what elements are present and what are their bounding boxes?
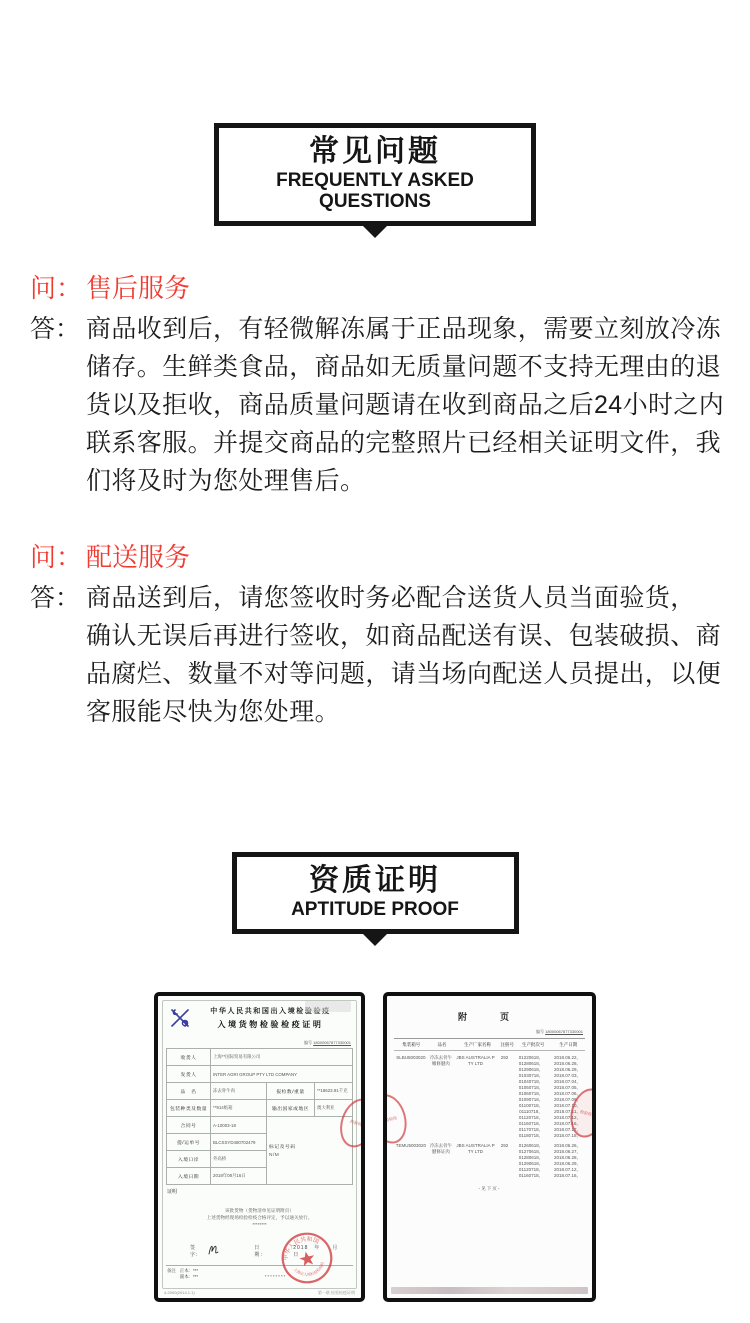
faq-title-box: 常见问题 FREQUENTLY ASKED QUESTIONS [214,123,536,226]
field-label: 包装种类及数量 [167,1100,211,1117]
certificate-inspection: 中华人民共和国出入境检验检疫 入境货物检验检疫证明 编号 18000067877… [154,992,365,1302]
field-label: 合同号 [167,1117,211,1134]
question-text: 配送服务 [86,540,190,574]
faq-section: 问： 售后服务 答： 商品收到后，有轻微解冻属于正品现象，需要立刻放冷冻 储存。… [30,271,724,731]
answer-line: 货以及拒收，商品质量问题请在收到商品之后24小时之内 [86,386,724,424]
answer-line: 品腐烂、数量不对等问题，请当场向配送人员提出，以便 [86,655,724,693]
serial-label: 编号 [304,1040,312,1045]
field-value: **914纸箱 [211,1100,267,1117]
date-label: 日期： [254,1244,271,1258]
serial-label: 编号 [536,1029,544,1034]
batch-date-rows: 01260618、2018.06.26、01270618、2018.06.27、… [512,1143,585,1179]
ciq-logo-icon [166,1006,198,1035]
answer-block: 答： 商品收到后，有轻微解冻属于正品现象，需要立刻放冷冻 储存。生鲜类食品，商品… [30,310,724,500]
footer-form-number: 4-2000(2014.1.1) [164,1290,195,1296]
answer-line: 储存。生鲜类食品，商品如无质量问题不支持无理由的退 [86,348,724,386]
attached-table-header: 集装箱号 品名 生产厂家名称 注册号 生产批次号 生产日期 [394,1042,585,1051]
answer-line: 商品送到后，请您签收时务必配合送货人员当面验货， [86,579,724,617]
faq-item-aftersale: 问： 售后服务 答： 商品收到后，有轻微解冻属于正品现象，需要立刻放冷冻 储存。… [30,271,724,500]
field-label: 标记及号码 [269,1143,296,1150]
container-group: SLBU5003020 冷冻去骨牛 嫩修腱肉 JBS AUSTRALIA P T… [394,1055,585,1139]
certificate-footer: 4-2000(2014.1.1) 第一联 检验检疫证明 [164,1290,355,1296]
scan-edge-strip [391,1287,588,1294]
producer-line: TY LTD [454,1061,497,1067]
field-value: 上海**国际贸易有限公司 [211,1049,353,1066]
batch-row: 01160718、2018.07.16、 [512,1173,585,1179]
faq-title-cn: 常见问题 [229,135,521,169]
answer-line: 客服能尽快为您处理。 [86,693,724,731]
attached-page-title: 附 页 [394,1010,585,1023]
aptitude-title-cn: 资质证明 [247,864,504,898]
edge-seal-text: 检验检疫 [580,1109,596,1118]
statement-lines: 该批货物（货物清单见证明附页） 上述货物经现场检验检疫合格评定，予以通关放行。 … [166,1185,353,1228]
answer-line: 商品收到后，有轻微解冻属于正品现象，需要立刻放冷冻 [86,310,724,348]
product-name: 冷冻去骨牛 腱修证肉 [428,1143,454,1179]
statement-label: 证明 [167,1188,177,1195]
official-round-seal: 中华人民共和国 上海出入境检验检疫局 [274,1225,340,1291]
answer-line: 们将及时为您处理售后。 [86,462,724,500]
field-value: N/M [269,1153,279,1158]
faq-item-delivery: 问： 配送服务 答： 商品送到后，请您签收时务必配合送货人员当面验货， 确认无误… [30,540,724,731]
field-value: 外高桥 [211,1151,267,1168]
batch-cell: 2018.07.16、 [550,1173,585,1179]
sign-label: 签字： [190,1244,204,1258]
seal-star-icon [298,1250,316,1267]
attached-table: 集装箱号 品名 生产厂家名称 注册号 生产批次号 生产日期 SLBU500302… [394,1038,585,1192]
certificate-serial: 编号 18000067877330001 [166,1040,351,1046]
product-line: 嫩修腱肉 [428,1061,454,1067]
batch-cell: 01160718、 [512,1173,550,1179]
answer-text: 商品送到后，请您签收时务必配合送货人员当面验货， 确认无误后再进行签收，如商品配… [86,579,724,731]
remark-label: 备注 [167,1268,176,1279]
field-label: 发货人 [167,1066,211,1083]
producer-line: TY LTD [454,1149,497,1155]
footer-copy-label: 第一联 检验检疫证明 [318,1290,355,1296]
aptitude-box-arrow-icon [362,933,388,946]
product-line: 腱修证肉 [428,1149,454,1155]
field-label: 入境日期 [167,1168,211,1185]
aptitude-title-en: APTITUDE PROOF [247,899,504,920]
faq-box-arrow-icon [362,225,388,238]
question-line: 问： 配送服务 [30,540,724,574]
field-label: 品 名 [167,1083,211,1100]
question-line: 问： 售后服务 [30,271,724,305]
certificate-attached-page: 附 页 编号 18000067877330001 集装箱号 品名 生产厂家名称 … [383,992,596,1302]
product-name: 冷冻去骨牛 嫩修腱肉 [428,1055,454,1139]
answer-line: 联系客服。并提交商品的完整照片已经相关证明文件，我 [86,424,724,462]
field-label: 报检数/重量 [267,1083,315,1100]
field-label: 输出国家或地区 [267,1100,315,1117]
answer-line: 确认无误后再进行签收，如商品配送有误、包装破损、商 [86,617,724,655]
statement-line: 上述货物经现场检验检疫合格评定，予以通关放行。 [166,1214,353,1221]
answer-block: 答： 商品送到后，请您签收时务必配合送货人员当面验货， 确认无误后再进行签收，如… [30,579,724,731]
producer-name: JBS AUSTRALIA P TY LTD [454,1143,497,1179]
answer-label: 答： [30,579,86,731]
field-value: **18623.91千克 [315,1083,353,1100]
container-group: TEMU5003020 冷冻去骨牛 腱修证肉 JBS AUSTRALIA P T… [394,1143,585,1179]
field-value: A-10003-18 [211,1117,267,1134]
attached-serial: 编号 18000067877330001 [394,1029,583,1035]
producer-name: JBS AUSTRALIA P TY LTD [454,1055,497,1139]
edge-seal-text: 检验检疫 [350,1118,365,1128]
column-header: 集装箱号 [394,1042,429,1048]
column-header: 生产厂家名称 [455,1042,499,1048]
registration-number: 292 [497,1055,512,1139]
answer-label: 答： [30,310,86,500]
column-header: 生产批次号 [515,1042,551,1048]
remark-line: 副本：*** [180,1274,198,1280]
question-label: 问： [30,540,86,574]
field-label: 收货人 [167,1049,211,1066]
certificate-table: 收货人 上海**国际贸易有限公司 发货人 INTER AGRI GROUP PT… [166,1048,353,1185]
field-label: 提/运单号 [167,1134,211,1151]
certificate-title-line2: 入境货物检验检疫证明 [198,1019,343,1030]
registration-number: 292 [497,1143,512,1179]
scan-smudge [305,1001,351,1012]
edge-seal-text: 检验检疫 [383,1115,397,1124]
container-number: TEMU5003020 [394,1143,428,1179]
remark-lines: 正本：*** 副本：*** [180,1268,198,1279]
field-label: 入境口岸 [167,1151,211,1168]
field-value: 冻去骨牛肉 [211,1083,267,1100]
certificates-section: 中华人民共和国出入境检验检疫 入境货物检验检疫证明 编号 18000067877… [0,992,750,1302]
batch-row: 01180718、2018.07.18、 [512,1133,585,1139]
column-header: 注册号 [500,1042,515,1048]
column-header: 生产日期 [551,1042,585,1048]
faq-title-en: FREQUENTLY ASKED QUESTIONS [229,170,521,212]
field-value: INTER AGRI GROUP PTY LTD COMPANY [211,1066,353,1083]
aptitude-title-box: 资质证明 APTITUDE PROOF [232,852,519,934]
serial-number: 18000067877330001 [313,1040,351,1045]
batch-cell: 01180718、 [512,1133,550,1139]
see-next-page: -见下页- [394,1186,585,1192]
field-value: BLCSSYD480702479 [211,1134,267,1151]
answer-text: 商品收到后，有轻微解冻属于正品现象，需要立刻放冷冻 储存。生鲜类食品，商品如无质… [86,310,724,500]
serial-number: 18000067877330001 [545,1029,583,1034]
column-header: 品名 [429,1042,456,1048]
field-value: 2018年08月16日 [211,1168,267,1185]
remark-line: 正本：*** [180,1268,198,1274]
statement-line: 该批货物（货物清单见证明附页） [166,1207,353,1214]
question-text: 售后服务 [86,271,190,305]
question-label: 问： [30,271,86,305]
signature-scribble [206,1242,222,1259]
